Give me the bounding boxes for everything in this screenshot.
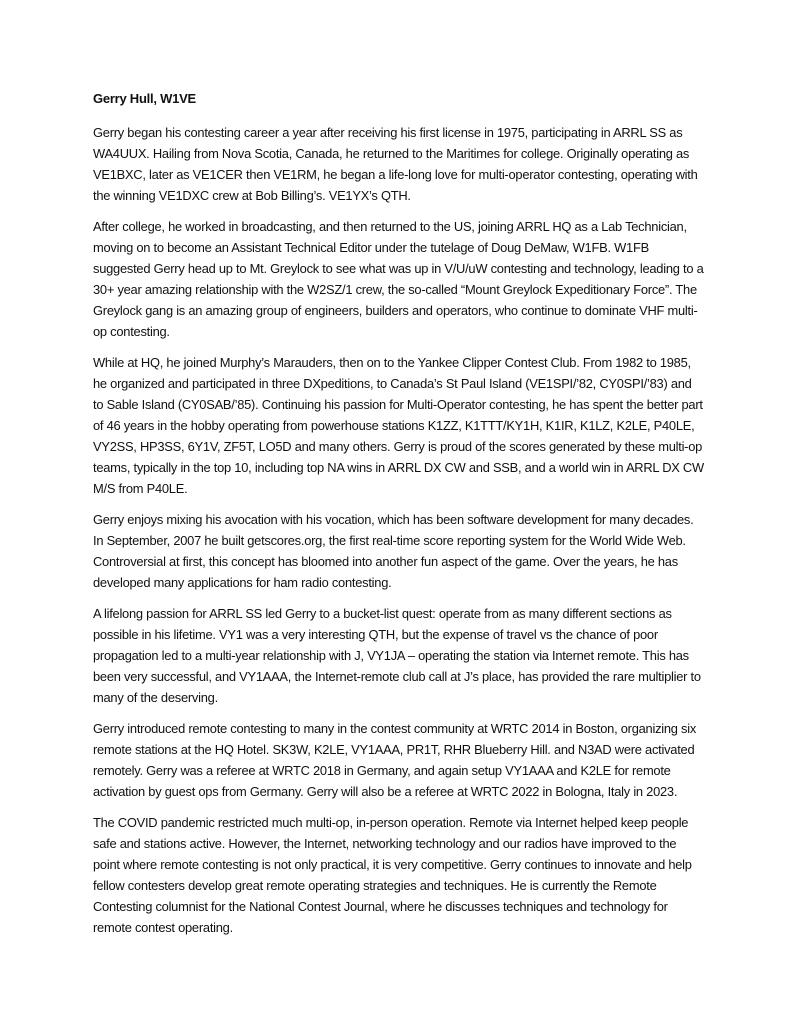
document-title: Gerry Hull, W1VE — [93, 88, 705, 109]
paragraph-software: Gerry enjoys mixing his avocation with h… — [93, 509, 705, 593]
paragraph-covid-remote: The COVID pandemic restricted much multi… — [93, 812, 705, 938]
paragraph-wrtc: Gerry introduced remote contesting to ma… — [93, 718, 705, 802]
paragraph-arrl-ss: A lifelong passion for ARRL SS led Gerry… — [93, 603, 705, 708]
document-page: Gerry Hull, W1VE Gerry began his contest… — [93, 88, 705, 948]
paragraph-arrl-hq: After college, he worked in broadcasting… — [93, 216, 705, 342]
paragraph-dxpeditions: While at HQ, he joined Murphy’s Marauder… — [93, 352, 705, 499]
paragraph-early-career: Gerry began his contesting career a year… — [93, 122, 705, 206]
